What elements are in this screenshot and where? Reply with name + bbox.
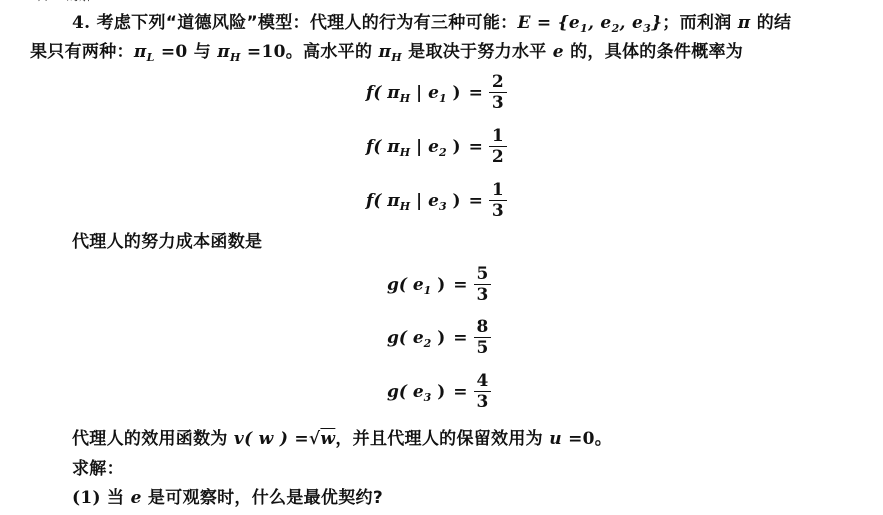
fraction: 53 [474, 264, 492, 305]
problem-line-1: 4. 考虑下列“道德风险”模型：代理人的行为有三种可能：E = {e1, e2,… [72, 12, 791, 34]
period: 。 [595, 429, 612, 449]
prob-equation-1: f( πH | e1 ) = 23 [366, 72, 507, 113]
cost-equation-1: g( e1 ) = 53 [387, 264, 491, 305]
fraction: 85 [474, 317, 492, 358]
w-symbol: w [320, 429, 335, 449]
intro-text: 考虑下列“道德风险”模型：代理人的行为有三种可能： [97, 13, 518, 33]
pi-H: πH [217, 42, 240, 62]
problem-line-2: 果只有两种：πL =0 与 πH =10。高水平的 πH 是取决于努力水平 e … [30, 41, 743, 63]
utility-text-b: ，并且代理人的保留效用为 [335, 429, 549, 449]
intro-text-c: 的结 [757, 13, 792, 33]
q1-text-b: 是可观察时，什么是最优契约? [148, 488, 383, 508]
line2-text-c: 是取决于努力水平 [402, 42, 553, 62]
set-E: E = {e1, e2, e3} [517, 13, 662, 33]
prob-equation-2: f( πH | e2 ) = 12 [366, 126, 507, 167]
e-symbol: e [553, 42, 564, 62]
e-symbol: e [131, 488, 142, 508]
fraction: 12 [489, 126, 507, 167]
intro-text-b: ；而利润 [662, 13, 731, 33]
question-1: (1) 当 e 是可观察时，什么是最优契约? [72, 487, 383, 509]
pi-symbol: π [738, 13, 751, 33]
pi-H-value: =10 [241, 42, 286, 62]
utility-function: v( w ) [234, 429, 288, 449]
problem-number: 4. [72, 13, 90, 33]
utility-line: 代理人的效用函数为 v( w ) =√w，并且代理人的保留效用为 u =0。 [72, 428, 612, 450]
utility-text-a: 代理人的效用函数为 [72, 429, 234, 449]
line2-text-b: 。高水平的 [286, 42, 379, 62]
u-symbol: u [549, 429, 562, 449]
pi-L-value: =0 [155, 42, 188, 62]
question-number: (1) [72, 488, 101, 508]
and-text: 与 [188, 42, 218, 62]
cost-intro: 代理人的努力成本函数是 [72, 231, 262, 253]
sqrt-sign: =√ [288, 429, 320, 449]
clipped-header-fragment: 笞 …的解… [36, 0, 126, 3]
line2-text-d: 的，具体的条件概率为 [564, 42, 743, 62]
prob-equation-3: f( πH | e3 ) = 13 [366, 180, 507, 221]
cost-equation-3: g( e3 ) = 43 [387, 371, 491, 412]
fraction: 13 [489, 180, 507, 221]
u-value: =0 [562, 429, 595, 449]
solve-label: 求解： [72, 458, 124, 480]
fraction: 23 [489, 72, 507, 113]
fraction: 43 [474, 371, 492, 412]
line2-text-a: 果只有两种： [30, 42, 134, 62]
cost-equation-2: g( e2 ) = 85 [387, 317, 491, 358]
pi-H-2: πH [378, 42, 401, 62]
q1-text-a: 当 [101, 488, 131, 508]
pi-L: πL [134, 42, 155, 62]
